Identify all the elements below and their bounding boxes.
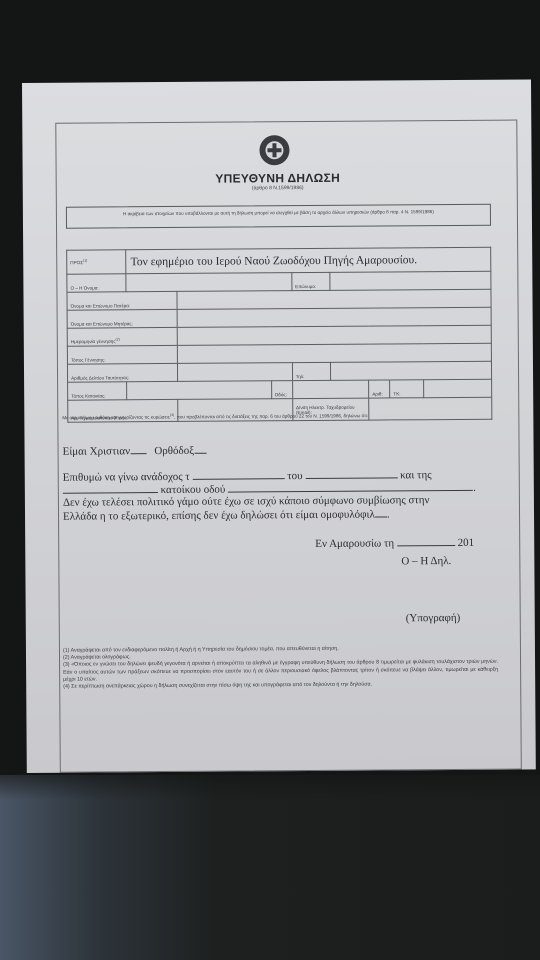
mother-name-field[interactable] bbox=[177, 307, 491, 327]
recipient-field[interactable]: Τον εφημέριο του Ιερού Ναού Ζωοδόχου Πηγ… bbox=[126, 247, 491, 274]
blank-field[interactable] bbox=[375, 507, 387, 517]
declarant-label: Ο – Η Δηλ. bbox=[401, 555, 451, 567]
birthplace-label: Τόπος Γέννησης: bbox=[67, 345, 177, 364]
residence-field[interactable] bbox=[127, 381, 271, 400]
id-number-label: Αριθμός Δελτίου Ταυτότητας: bbox=[67, 363, 177, 382]
father-name-field[interactable] bbox=[177, 289, 491, 309]
phone-label: Τηλ: bbox=[292, 362, 330, 380]
birthdate-label: Ημερομηνία γέννησης(2) bbox=[67, 327, 177, 346]
declaration-paper: ΥΠΕΥΘΥΝΗ ΔΗΛΩΣΗ (άρθρο 8 Ν.1599/1986) Η … bbox=[22, 79, 536, 773]
id-number-field[interactable] bbox=[178, 363, 293, 382]
blank-field[interactable] bbox=[192, 469, 284, 480]
postal-code-label: ΤΚ: bbox=[390, 380, 424, 398]
phone-field[interactable] bbox=[330, 361, 491, 380]
blank-field[interactable] bbox=[63, 483, 158, 494]
father-name-label: Όνομα και Επώνυμο Πατέρα: bbox=[67, 291, 177, 310]
birthplace-field[interactable] bbox=[178, 343, 492, 363]
greek-coat-of-arms-icon bbox=[259, 135, 289, 165]
blank-field[interactable] bbox=[194, 444, 206, 454]
mother-name-label: Όνομα και Επώνυμο Μητέρας: bbox=[67, 309, 177, 328]
blank-field[interactable] bbox=[305, 468, 397, 479]
place-date-line: Εν Αμαρουσίω τη 201 bbox=[315, 536, 474, 550]
footnotes: (1) Αναγράφεται από τον ενδιαφερόμενο πο… bbox=[63, 645, 498, 691]
last-name-field[interactable] bbox=[330, 271, 491, 290]
street-field[interactable] bbox=[292, 380, 368, 399]
personal-details-table: ΠΡΟΣ(1) Τον εφημέριο του Ιερού Ναού Ζωοδ… bbox=[66, 247, 492, 423]
number-label: Αριθ: bbox=[369, 380, 390, 398]
signature-label: (Υπογραφή) bbox=[406, 612, 461, 624]
last-name-label: Επώνυμο: bbox=[292, 272, 330, 290]
footnote-3: (3) «Όποιος εν γνώσει του δηλώνει ψευδή … bbox=[63, 659, 498, 684]
cross-icon bbox=[265, 141, 283, 159]
date-field[interactable] bbox=[397, 536, 455, 546]
floor-background bbox=[0, 775, 540, 960]
blank-field[interactable] bbox=[130, 444, 146, 454]
first-name-label: Ο – Η Όνομα: bbox=[67, 274, 126, 292]
blank-field[interactable] bbox=[228, 481, 473, 493]
birthdate-field[interactable] bbox=[177, 325, 491, 345]
postal-code-field[interactable] bbox=[424, 379, 492, 397]
to-label: ΠΡΟΣ(1) bbox=[67, 250, 127, 274]
residence-label: Τόπος Κατοικίας: bbox=[68, 382, 127, 400]
street-label: Οδός: bbox=[271, 381, 292, 399]
first-name-field[interactable] bbox=[126, 273, 291, 292]
accuracy-notice: Η ακρίβεια των στοιχείων που υποβάλλοντα… bbox=[66, 204, 491, 229]
